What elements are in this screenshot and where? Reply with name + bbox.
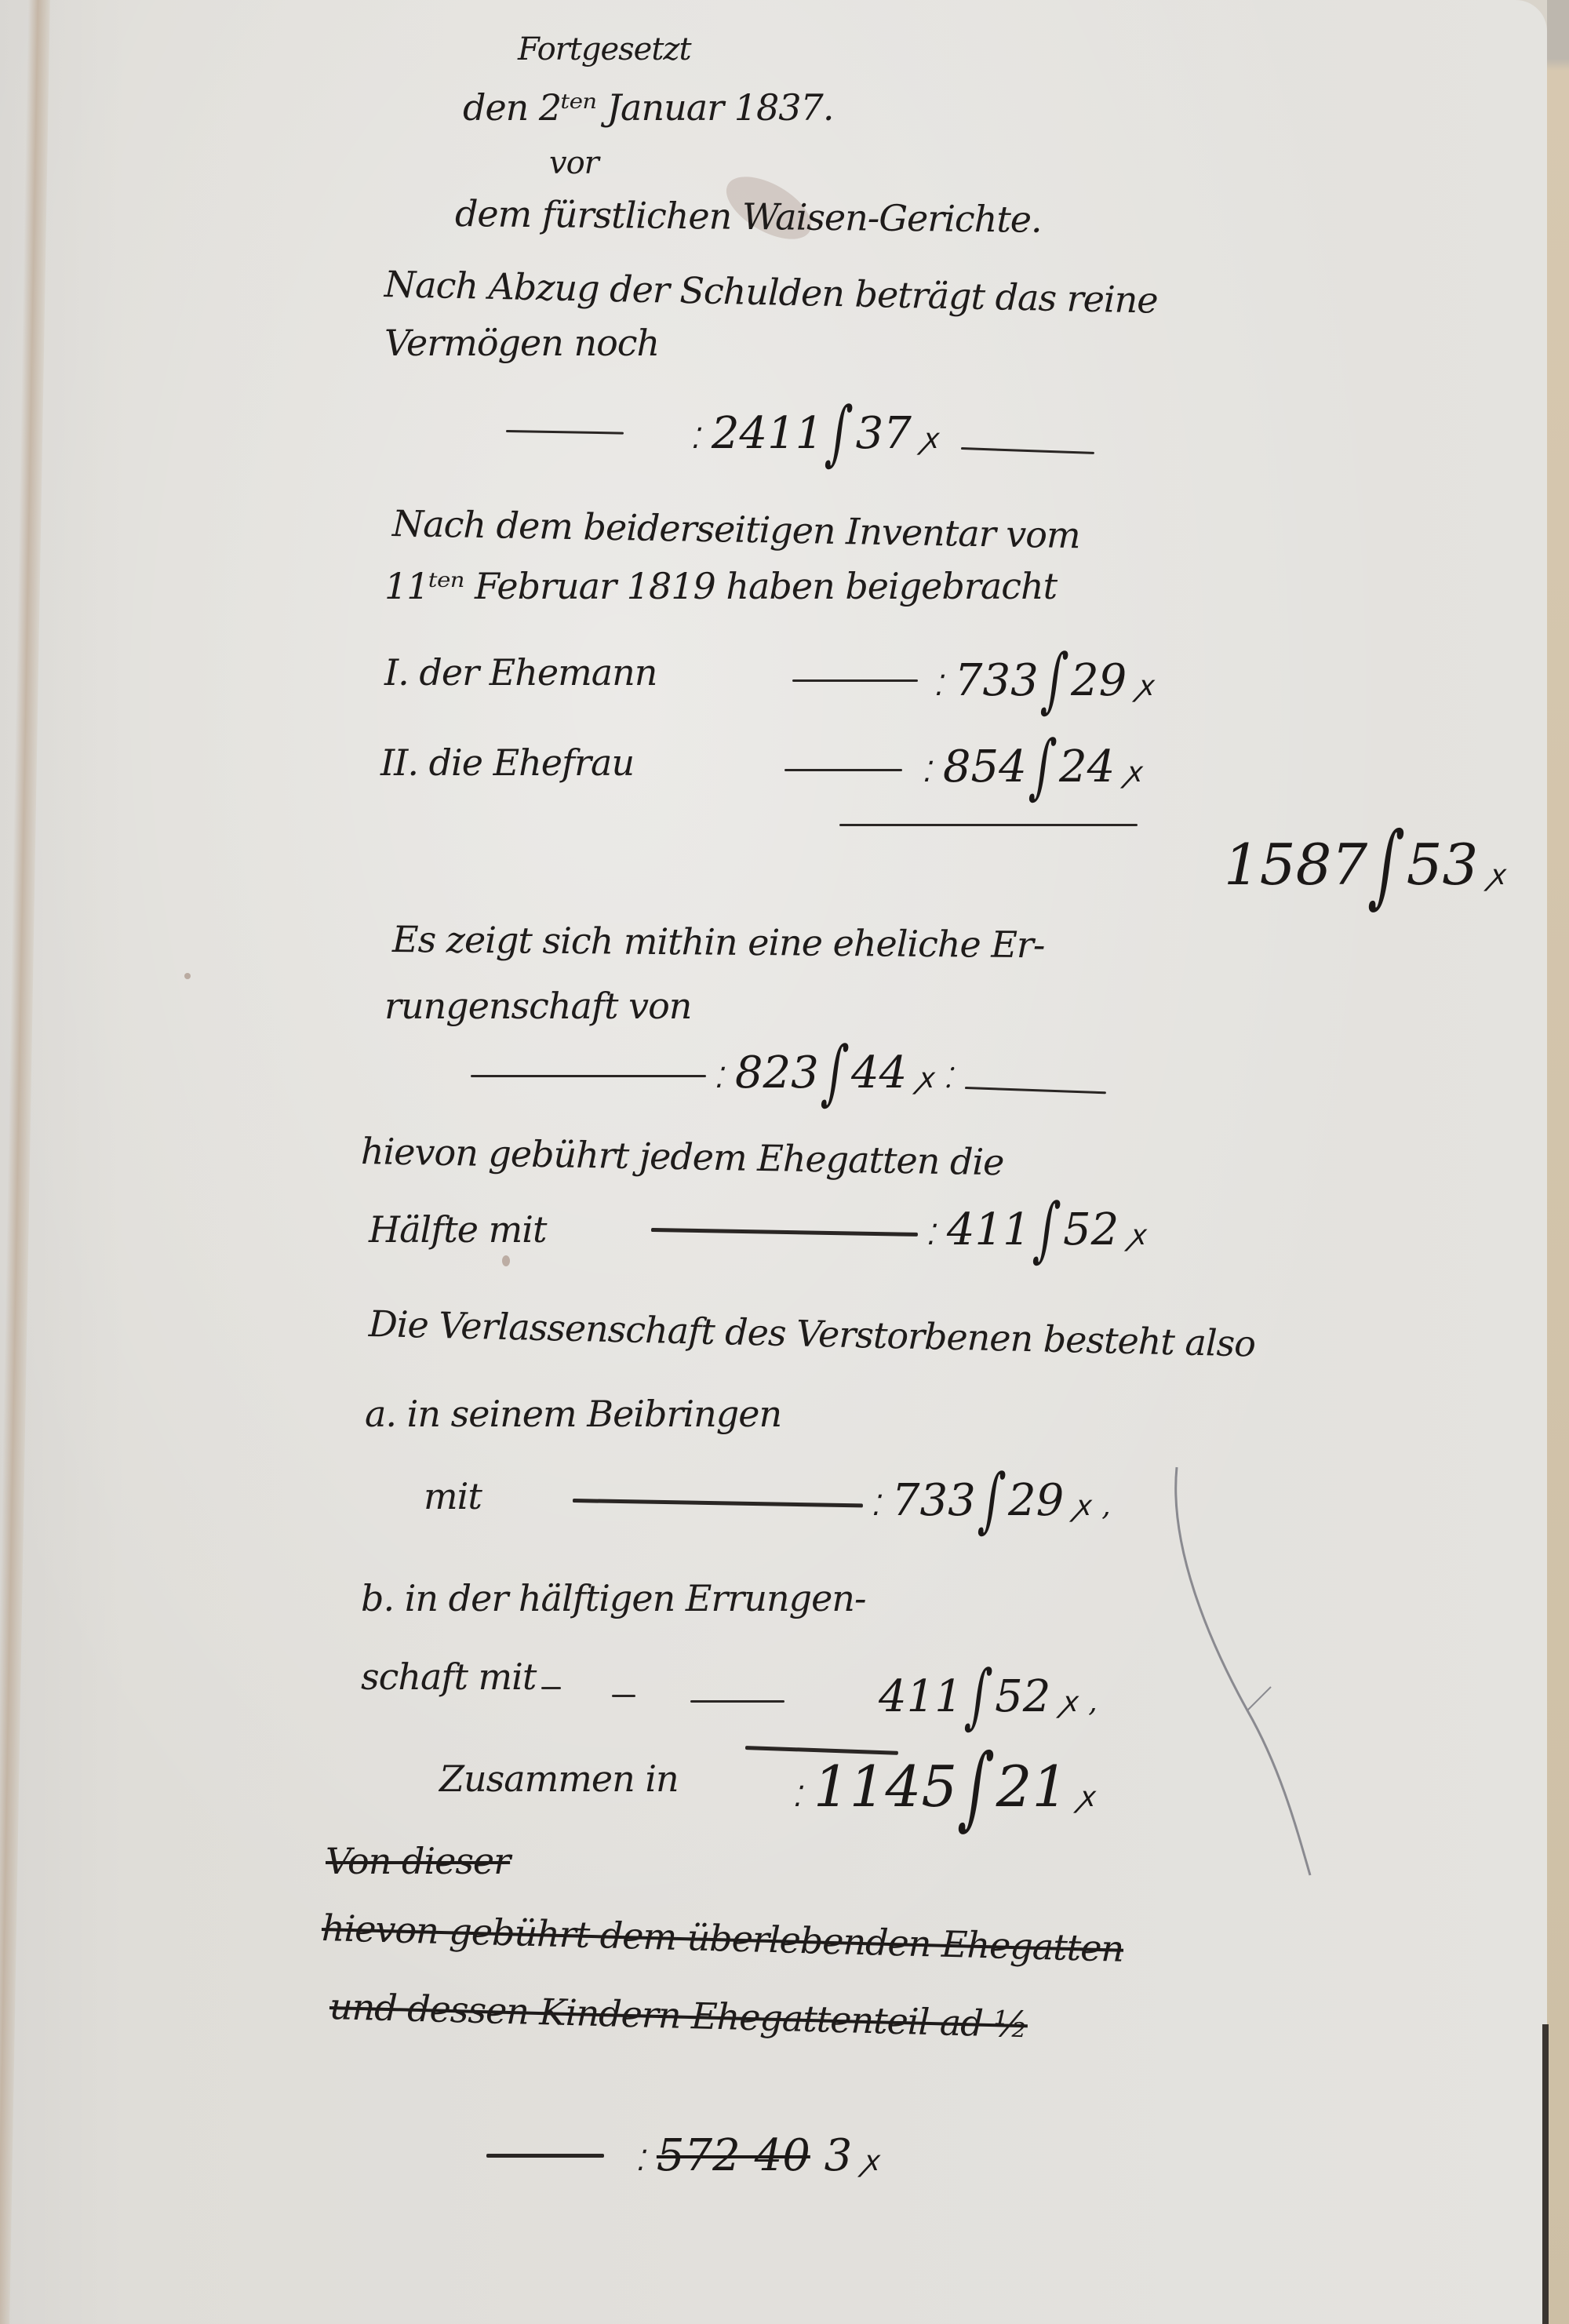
- header-line-continued: Fortgesetzt: [518, 31, 691, 67]
- leader-rule: [792, 679, 918, 682]
- gulden: 823: [735, 1047, 819, 1098]
- leader-rule: [784, 769, 902, 771]
- leader-rule: [541, 1687, 561, 1689]
- intro-line-1: dem fürstlichen Waisen-Gerichte.: [455, 192, 1042, 241]
- leader-rule: [961, 447, 1094, 454]
- struck-line-2: hievon gebührt dem überlebenden Ehegatte…: [321, 1907, 1123, 1970]
- pencil-mark: [1161, 1452, 1334, 1891]
- kreuzer: 29: [1071, 655, 1127, 706]
- surplus-amount: ⁚ 823∫44 ꭗ ⁚: [714, 1047, 952, 1098]
- leader-rule: [612, 1695, 635, 1697]
- sum-rule: [839, 824, 1138, 826]
- leader-rule: [651, 1228, 918, 1237]
- corrected-kreuzer: 3: [825, 2130, 853, 2181]
- gulden: 1587: [1224, 832, 1367, 898]
- estate-line-1: Die Verlassenschaft des Verstorbenen bes…: [368, 1302, 1255, 1365]
- table-surface: [1547, 0, 1569, 2324]
- surplus-line-1: Es zeigt sich mithin eine eheliche Er-: [392, 918, 1045, 966]
- estate-a-line-2: mit: [424, 1475, 482, 1517]
- leader-rule: [573, 1499, 863, 1507]
- estate-a-line-1: a. in seinem Beibringen: [365, 1393, 781, 1435]
- leader-rule: [506, 430, 624, 435]
- half-amount: ⁚ 411∫52 ꭗ: [926, 1204, 1146, 1255]
- kreuzer: 24: [1059, 741, 1115, 792]
- ink-stain: [184, 973, 191, 979]
- gulden: 733: [892, 1475, 976, 1526]
- intro-line-3: Vermögen noch: [384, 322, 659, 364]
- header-before: vor: [549, 145, 599, 181]
- gulden: 2411: [712, 408, 824, 459]
- estate-a-amount: ⁚ 733∫29 ꭗ ,: [871, 1475, 1112, 1526]
- kreuzer: 52: [1063, 1204, 1119, 1255]
- leader-rule: [690, 1700, 784, 1703]
- gulden: 411: [947, 1204, 1031, 1255]
- inventory-line-1: Nach dem beiderseitigen Inventar vom: [392, 502, 1081, 556]
- gulden: 733: [955, 655, 1039, 706]
- estate-b-line-1: b. in der hälftigen Errungen-: [361, 1577, 865, 1619]
- subtotal-amount: 1587∫53 ꭗ: [1224, 832, 1505, 898]
- item-II-label: II. die Ehefrau: [380, 741, 634, 784]
- gulden: 854: [943, 741, 1027, 792]
- item-I-amount: ⁚ 733∫29 ꭗ: [934, 655, 1154, 706]
- sum-label: Zusammen in: [439, 1758, 679, 1800]
- kreuzer: 52: [995, 1671, 1050, 1722]
- estate-b-amount: 411∫52 ꭗ ,: [879, 1671, 1099, 1722]
- kreuzer: 21: [996, 1754, 1068, 1819]
- page-edge: [1542, 2024, 1549, 2324]
- binding-gutter-stain: [0, 0, 50, 2324]
- leader-rule: [965, 1087, 1106, 1094]
- gulden: 411: [879, 1671, 963, 1722]
- half-line-2: Hälfte mit: [369, 1208, 546, 1251]
- kreuzer: 29: [1008, 1475, 1064, 1526]
- gulden: 1145: [814, 1754, 957, 1819]
- item-I-label: I. der Ehemann: [384, 651, 657, 694]
- header-date: den 2ᵗᵉⁿ Januar 1837.: [463, 86, 833, 129]
- kreuzer: 44: [851, 1047, 907, 1098]
- kreuzer: 37: [856, 408, 912, 459]
- item-II-amount: ⁚ 854∫24 ꭗ: [922, 741, 1142, 792]
- inventory-line-2: 11ᵗᵉⁿ Februar 1819 haben beigebracht: [384, 565, 1057, 607]
- leader-rule: [471, 1075, 706, 1077]
- struck-line-1: Von dieser: [326, 1840, 510, 1882]
- leader-rule: [486, 2154, 604, 2158]
- intro-line-2: Nach Abzug der Schulden beträgt das rein…: [384, 263, 1158, 322]
- half-line-1: hievon gebührt jedem Ehegatten die: [361, 1130, 1004, 1183]
- ledger-page: Fortgesetzt den 2ᵗᵉⁿ Januar 1837. vor de…: [0, 0, 1547, 2324]
- kreuzer: 53: [1407, 832, 1479, 898]
- sum-amount: ⁚ 1145∫21 ꭗ: [792, 1754, 1095, 1819]
- ink-stain: [502, 1255, 510, 1266]
- total-assets-amount: ⁚ 2411∫37 ꭗ: [690, 408, 938, 459]
- estate-b-line-2: schaft mit: [361, 1656, 536, 1698]
- struck-amount: ⁚ 572 40 3 ꭗ: [635, 2130, 879, 2181]
- surplus-line-2: rungenschaft von: [384, 985, 691, 1027]
- struck-line-3: und dessen Kindern Ehegattenteil ad ½: [329, 1985, 1028, 2045]
- struck-value: 572 40: [657, 2130, 810, 2181]
